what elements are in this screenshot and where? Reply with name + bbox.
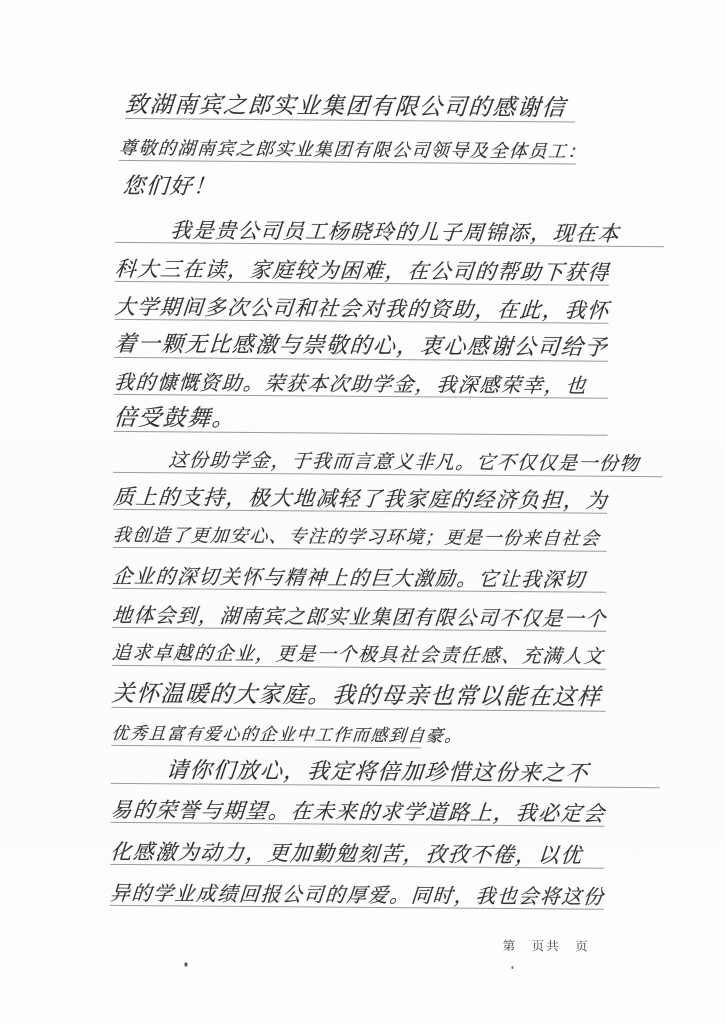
letter-salutation: 尊敬的湖南宾之郎实业集团有限公司领导及全体员工： — [119, 120, 576, 165]
handwritten-line: 倍受鼓舞。 — [114, 391, 608, 436]
handwritten-line: 企业的深切关怀与精神上的巨大激励。它让我深切 — [112, 548, 606, 593]
letter-greeting: 您们好！ — [122, 159, 616, 203]
printed-page-number-template: 第 页共 页 — [503, 936, 590, 955]
letter-title: 致湖南宾之郎实业集团有限公司的感谢信 — [125, 78, 575, 123]
letter-title-text: 致湖南宾之郎实业集团有限公司的感谢信 — [124, 93, 567, 122]
handwritten-line: 我创造了更加安心、专注的学习环境；更是一份来自社会 — [113, 507, 607, 552]
line-text: 易的荣誉与期望。在未来的求学道路上，我必定会 — [110, 799, 607, 826]
handwritten-line: 优秀且富有爱心的企业中工作而感到自豪。 — [111, 705, 421, 748]
scan-speck — [511, 966, 513, 969]
handwritten-line: 追求卓越的企业，更是一个极具社会责任感、充满人文 — [112, 625, 606, 670]
line-text: 倍受鼓舞。 — [113, 406, 237, 432]
line-text: 我创造了更加安心、专注的学习环境；更是一份来自社会 — [112, 527, 601, 551]
scanned-letter-page: 致湖南宾之郎实业集团有限公司的感谢信 尊敬的湖南宾之郎实业集团有限公司领导及全体… — [0, 0, 725, 1024]
line-text: 追求卓越的企业，更是一个极具社会责任感、充满人文 — [111, 644, 605, 669]
handwritten-line: 易的荣誉与期望。在未来的求学道路上，我必定会 — [111, 782, 605, 827]
letter-greeting-text: 您们好！ — [122, 175, 218, 200]
paper-sheet: 致湖南宾之郎实业集团有限公司的感谢信 尊敬的湖南宾之郎实业集团有限公司领导及全体… — [0, 0, 725, 1024]
line-text: 异的学业成绩回报公司的厚爱。同时，我也会将这份 — [109, 883, 605, 909]
handwritten-line: 异的学业成绩回报公司的厚爱。同时，我也会将这份 — [110, 865, 604, 910]
handwritten-line: 化感激为动力，更加勤勉刻苦，孜孜不倦，以优 — [110, 824, 604, 869]
scan-speck — [184, 962, 187, 966]
line-text: 化感激为动力，更加勤勉刻苦，孜孜不倦，以优 — [109, 841, 583, 868]
handwritten-line: 我是贵公司员工杨晓玲的儿子周锦添，现在本 — [115, 202, 664, 247]
handwritten-line: 请你们放心，我定将倍加珍惜这份来之不 — [111, 743, 660, 788]
